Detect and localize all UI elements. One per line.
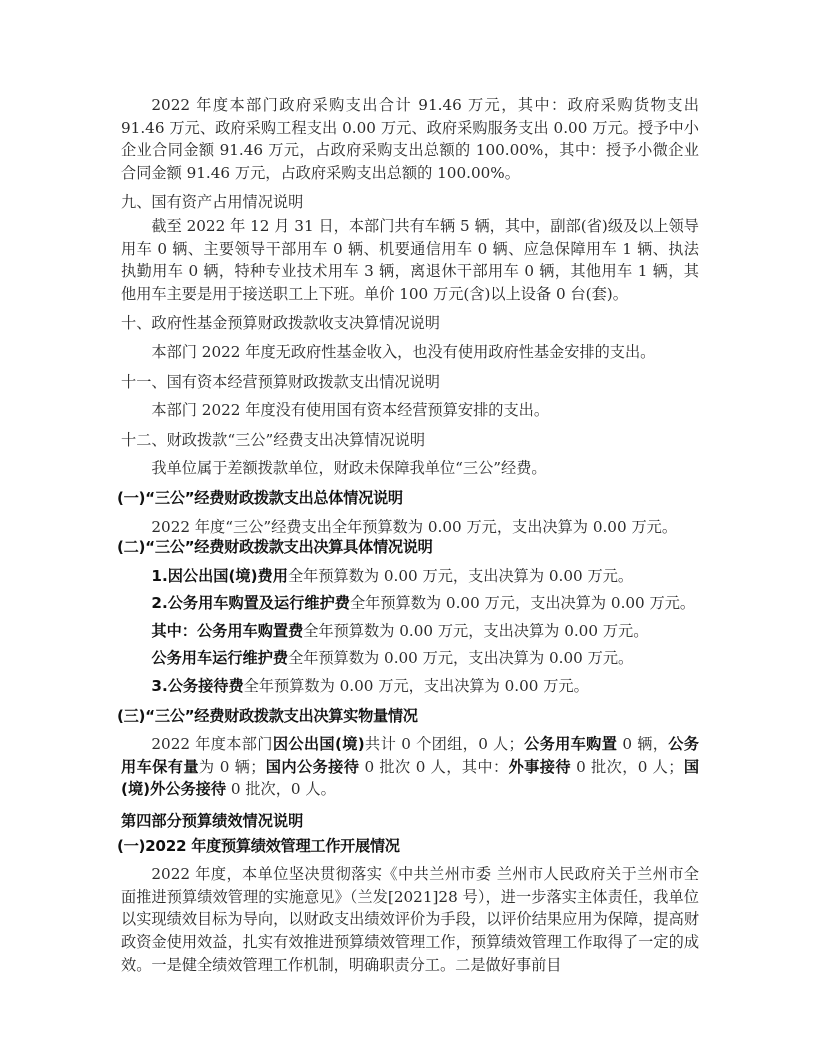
expense-item-text: 全年预算数为 0.00 万元，支出决算为 0.00 万元。	[244, 677, 589, 695]
body-text: 0 批次，0 人。	[226, 780, 336, 798]
expense-item-label: 2.公务用车购置及运行维护费	[151, 594, 350, 612]
expense-item-abroad: 1.因公出国(境)费用全年预算数为 0.00 万元，支出决算为 0.00 万元。	[121, 565, 699, 588]
emphasis-text: 因公出国(境)	[273, 735, 365, 753]
expense-item-label: 公务用车运行维护费	[151, 649, 288, 667]
body-text: 2022 年度本部门	[151, 735, 272, 753]
body-text: 为 0 辆；	[199, 758, 265, 776]
section-10-body: 本部门 2022 年度无政府性基金收入，也没有使用政府性基金安排的支出。	[121, 341, 699, 364]
section-12-body: 我单位属于差额拨款单位，财政未保障我单位“三公”经费。	[121, 457, 699, 480]
section-9-heading: 九、国有资产占用情况说明	[121, 191, 699, 214]
expense-item-text: 全年预算数为 0.00 万元，支出决算为 0.00 万元。	[350, 594, 695, 612]
section-10-heading: 十、政府性基金预算财政拨款收支决算情况说明	[121, 312, 699, 335]
part-4-subsection-1-heading: (一)2022 年度预算绩效管理工作开展情况	[117, 835, 699, 858]
body-text: 0 辆，	[617, 735, 668, 753]
emphasis-text: 公务用车购置	[524, 735, 618, 753]
emphasis-text: 国内公务接待	[265, 758, 359, 776]
expense-item-text: 全年预算数为 0.00 万元，支出决算为 0.00 万元。	[288, 567, 633, 585]
expense-item-vehicle-operation: 公务用车运行维护费全年预算数为 0.00 万元，支出决算为 0.00 万元。	[121, 647, 699, 670]
subsection-3-heading: (三)“三公”经费财政拨款支出决算实物量情况	[117, 705, 699, 728]
subsection-2-heading: (二)“三公”经费财政拨款支出决算具体情况说明	[117, 536, 699, 559]
expense-item-vehicle: 2.公务用车购置及运行维护费全年预算数为 0.00 万元，支出决算为 0.00 …	[121, 592, 699, 615]
section-11-body: 本部门 2022 年度没有使用国有资本经营预算安排的支出。	[121, 399, 699, 422]
part-4-title: 第四部分预算绩效情况说明	[121, 810, 699, 833]
expense-item-label: 3.公务接待费	[151, 677, 243, 695]
procurement-paragraph: 2022 年度本部门政府采购支出合计 91.46 万元，其中：政府采购货物支出 …	[121, 94, 699, 184]
expense-item-label: 1.因公出国(境)费用	[151, 567, 288, 585]
expense-item-text: 全年预算数为 0.00 万元，支出决算为 0.00 万元。	[288, 649, 633, 667]
body-text: 共计 0 个团组，0 人；	[365, 735, 524, 753]
expense-item-vehicle-purchase: 其中：公务用车购置费全年预算数为 0.00 万元，支出决算为 0.00 万元。	[121, 620, 699, 643]
body-text: 0 批次 0 人，其中：	[359, 758, 508, 776]
part-4-subsection-1-body: 2022 年度，本单位坚决贯彻落实《中共兰州市委 兰州市人民政府关于兰州市全面推…	[121, 863, 699, 976]
subsection-3-body: 2022 年度本部门因公出国(境)共计 0 个团组，0 人；公务用车购置 0 辆…	[121, 733, 699, 801]
expense-item-reception: 3.公务接待费全年预算数为 0.00 万元，支出决算为 0.00 万元。	[121, 675, 699, 698]
section-11-heading: 十一、国有资本经营预算财政拨款支出情况说明	[121, 371, 699, 394]
subsection-1-heading: (一)“三公”经费财政拨款支出总体情况说明	[117, 487, 699, 510]
document-page: 2022 年度本部门政府采购支出合计 91.46 万元，其中：政府采购货物支出 …	[121, 94, 699, 976]
body-text: 0 批次，0 人；	[571, 758, 684, 776]
section-12-heading: 十二、财政拨款“三公”经费支出决算情况说明	[121, 429, 699, 452]
section-9-body: 截至 2022 年 12 月 31 日，本部门共有车辆 5 辆，其中，副部(省)…	[121, 215, 699, 305]
emphasis-text: 外事接待	[509, 758, 571, 776]
subsection-1-body: 2022 年度“三公”经费支出全年预算数为 0.00 万元，支出决算为 0.00…	[121, 516, 699, 539]
expense-item-label: 其中：公务用车购置费	[151, 622, 303, 640]
expense-item-text: 全年预算数为 0.00 万元，支出决算为 0.00 万元。	[303, 622, 648, 640]
